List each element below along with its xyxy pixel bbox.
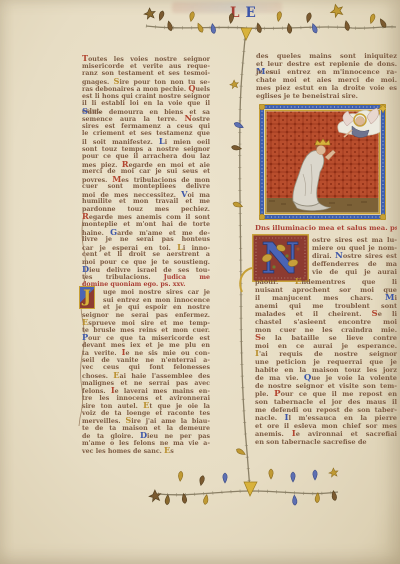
text-line: merci de moi car je sui seus et — [82, 168, 210, 176]
text-line: son tabernacle el jor des maus il — [255, 398, 397, 406]
text-line: Regarde mes anemis com il sont — [82, 213, 210, 221]
initial-tail-ornament — [240, 268, 252, 292]
text-line: est li hons qui craint nostre seignor — [82, 93, 210, 101]
text-line: paour. Endementres que li — [255, 278, 397, 286]
text-line: ostre sires est ma lu- — [312, 236, 397, 244]
text-line: et ore il esleva mon chief sor mes — [255, 422, 397, 430]
text-line: me defendi ou repost de son taber- — [255, 406, 397, 414]
text-line: Pour ce que ta misericorde est — [82, 334, 210, 342]
text-line: vec les homes de sanc. Es — [82, 447, 210, 455]
text-line: mes piez. Regarde en moi et aie — [82, 161, 210, 169]
text-line: devant mes iex et je me plu en — [82, 342, 210, 350]
text-line: Se la bataille se lieve contre — [255, 334, 397, 342]
text-line: ta verite. Ie ne sis mie ou con- — [82, 349, 210, 357]
text-line: il li establi loi en la voie que il eslu… — [82, 100, 210, 108]
text-line: tes tribulacions. Judica me — [82, 274, 210, 282]
text-line: seignor ne serai pas enfermez. — [82, 312, 210, 320]
text-line: en son tabernacle sacrefise de — [255, 438, 397, 446]
text-line: mes piez estut en la droite voie es — [256, 84, 397, 92]
text-line: et leur destre est replenie de dons. Mes — [256, 60, 397, 68]
text-line: il soit manifestez. Li mien oeil — [82, 138, 210, 146]
text-line: pardonne touz mes pechiez. — [82, 206, 210, 214]
text-line: sont touz temps a nostre seignor — [82, 146, 210, 154]
text-line: miere ou quel je nom- — [312, 244, 397, 252]
text-line: sire ton autel. Et que je oie la — [82, 402, 210, 410]
text-line: moi pour ce que je te soustieng. — [82, 259, 210, 267]
text-line: povres. Mes tribulacions de mon — [82, 176, 210, 184]
text-line: et je qui espoir en nostre — [82, 304, 210, 312]
text-line: dirai. Nostre sires est — [312, 252, 397, 260]
illuminated-initial-N: N — [252, 234, 309, 282]
text-line: malades et il cheirent. Se li — [255, 310, 397, 318]
text-line: deffenderres de ma — [312, 260, 397, 268]
text-line: moi en ce aurai je esperance. — [255, 342, 397, 350]
text-line: merveilles. Sire j'ai ame la biau- — [82, 417, 210, 425]
text-line: uge moi nostre sires car je — [82, 289, 210, 297]
text-line: I'ai requis de nostre seignor — [255, 350, 397, 358]
text-line: felons. Ie laverai mes mains en- — [82, 387, 210, 395]
text-line: je sui entrez en m'innocence ra- — [256, 68, 397, 76]
running-title-letter: L — [230, 5, 240, 21]
text-column-left: Toutes les voies nostre seignormisericor… — [82, 55, 210, 455]
text-line: misericorde et verite aus reque- — [82, 63, 210, 71]
text-line: une peticion je requerrai que je — [255, 358, 397, 366]
text-line: il manjucent mes chars. Mi — [255, 294, 397, 302]
text-line: cent et li droit se aerstrent a — [82, 251, 210, 259]
text-column-right-beside-initial: ostre sires est ma lu-miere ou quel je n… — [312, 236, 397, 276]
text-line: car je esperai en toi. Li inno- — [82, 244, 210, 252]
text-line: ranz son testament et ses tesmoi- — [82, 70, 210, 78]
text-line: chastel s'asieent encontre moi — [255, 318, 397, 326]
text-line: te brusle mes reins et mon cuer. — [82, 327, 210, 335]
text-line: de ma vie. Que je voie la volente — [255, 374, 397, 382]
text-line: cuer sont montepliees delivre — [82, 183, 210, 191]
text-line: m'ame o les felons ne ma vie a- — [82, 440, 210, 448]
text-line: eglises je te beneistrai sire. — [256, 92, 397, 100]
text-line: nuisant aprochent sor moi que — [255, 286, 397, 294]
text-line: malignes et ne serrai pas avec — [82, 380, 210, 388]
initial-letter: J — [83, 287, 91, 307]
text-line: monteplie et m'ont hai de torte — [82, 221, 210, 229]
text-line: moi de mes neccessitez. Voi ma — [82, 191, 210, 199]
text-line: des queles mains sont iniquitez — [256, 52, 397, 60]
text-line: Esprueve moi sire et me temp- — [82, 319, 210, 327]
text-line: ras debonaires a mon pechie. Quels — [82, 85, 210, 93]
text-line: le criement et ses testamenz que — [82, 130, 210, 138]
text-line: domine quoniam ego. ps. xxv. — [82, 281, 210, 289]
text-line: vie de qui je aurai — [312, 268, 397, 276]
text-column-right-body: paour. Endementres que linuisant aproche… — [255, 278, 397, 446]
text-line: haine. Garde m'ame et me de- — [82, 229, 210, 237]
text-line: voiz de ta loenge et raconte tes — [82, 410, 210, 418]
text-line: vec ceus qui font felonesses — [82, 364, 210, 372]
text-line: habite en la maison touz les jorz — [255, 366, 397, 374]
text-line: mon cuer ne les craindra mie. — [255, 326, 397, 334]
text-column-right-top: des queles mains sont iniquitezet leur d… — [256, 52, 397, 100]
text-line: anemis. Ie avironnai et sacrefiai — [255, 430, 397, 438]
running-title-letter: E — [246, 5, 256, 21]
miniature — [259, 104, 386, 220]
text-line: humilite et mon travail et me — [82, 198, 210, 206]
text-line: ple. Pour ce que il me repost en — [255, 390, 397, 398]
text-line: sires est fermamenz a ceus qui — [82, 123, 210, 131]
text-line: Dieu delivre israel de ses tou- — [82, 266, 210, 274]
running-title: LE — [230, 5, 256, 21]
text-line: choses. Eai haie l'assemblee des — [82, 372, 210, 380]
text-line: livre je ne serai pas honteus — [82, 236, 210, 244]
ink-showthrough-smudge — [172, 2, 282, 13]
text-line: semence aura la terre. Nostre — [82, 115, 210, 123]
text-line: nacle. Il m'essauca en la pierre — [255, 414, 397, 422]
text-line: pour ce que il arrachera dou laz — [82, 153, 210, 161]
text-line: chate moi et aies merci de moi. — [256, 76, 397, 84]
rubric-psalm-26: Dns illuminacio mea et salus mea. ps. d.… — [255, 223, 397, 233]
text-line: Toutes les voies nostre seignor — [82, 55, 210, 63]
manuscript-page: LE — [0, 0, 400, 564]
text-line: de ta gloire. Dieu ne per pas — [82, 432, 210, 440]
text-line: seil de vanite ne n'enterrai a- — [82, 357, 210, 365]
illuminated-initial-J: J — [79, 286, 95, 309]
text-line: sui entrez en mon innocence — [82, 297, 210, 305]
